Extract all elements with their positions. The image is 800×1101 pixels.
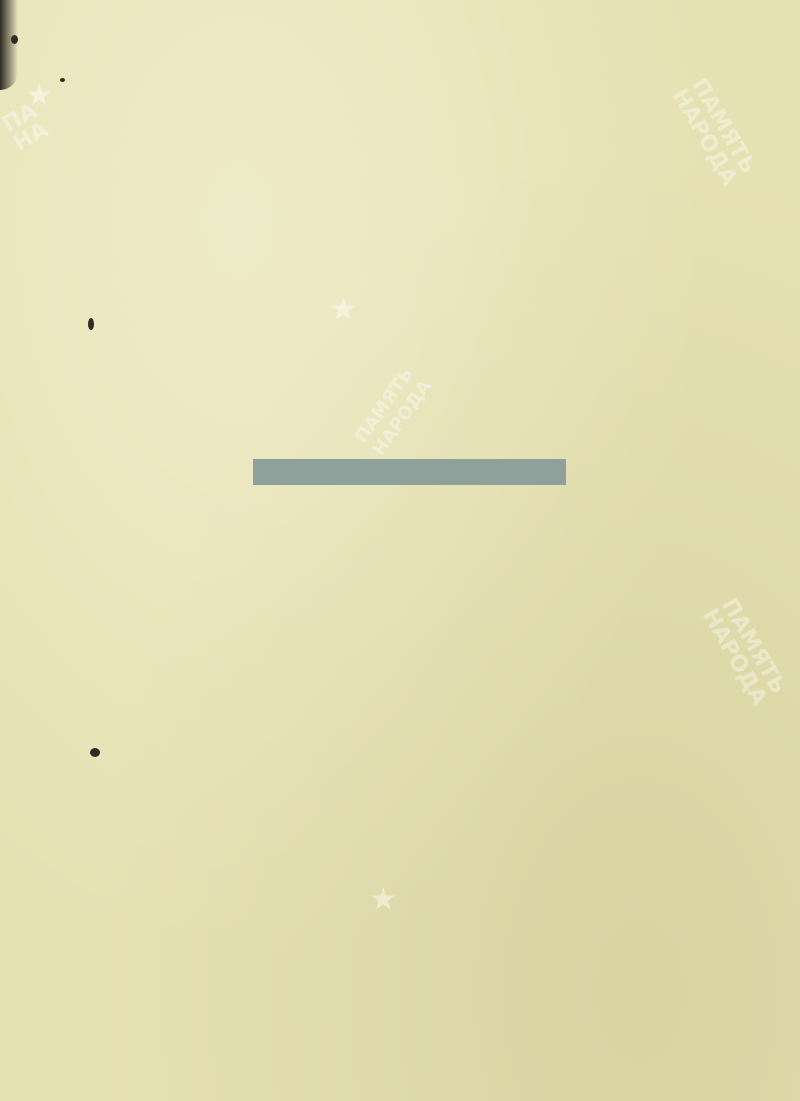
watermark-right-lower: ПАМЯТЬНАРОДА	[698, 595, 790, 710]
watermark-left: ПАНА	[0, 100, 52, 156]
ink-blot	[60, 78, 65, 82]
watermark-star-center-icon: ★	[330, 280, 357, 331]
watermark-star-lower-icon: ★	[370, 870, 397, 921]
page-edge-shadow	[0, 0, 18, 90]
watermark-center: ПАМЯТЬНАРОДА	[351, 364, 437, 461]
redacted-address	[253, 459, 566, 485]
ink-blot	[88, 318, 94, 330]
award-sheet-page: ★ ПАНА ПАМЯТЬНАРОДА ПАМЯТЬНАРОДА ★ ПАМЯТ…	[0, 0, 800, 1101]
ink-blot	[90, 748, 100, 757]
ink-blot	[11, 35, 18, 44]
watermark-star-icon: ★	[26, 66, 53, 117]
watermark-right: ПАМЯТЬНАРОДА	[668, 75, 760, 190]
